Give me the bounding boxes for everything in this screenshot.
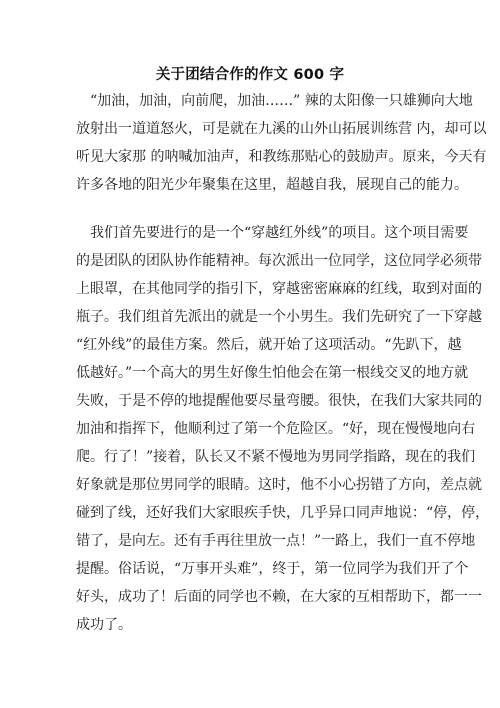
document-page: 关于团结合作的作文 600 字 “加油，加油，向前爬，加油……” 辣的太阳像一只… <box>0 0 500 708</box>
paragraph-line: 失败，于是不停的地提醒他要尽量弯腰。很快，在我们大家共同的 <box>76 391 424 411</box>
paragraph-line: 我们首先要进行的是一个“穿越红外线”的项目。这个项目需要 <box>90 223 424 243</box>
paragraph-line: “红外线”的最佳方案。然后，就开始了这项活动。“先趴下，越 <box>76 335 424 355</box>
document-title: 关于团结合作的作文 600 字 <box>0 64 500 86</box>
paragraph-line: 碰到了线，还好我们大家眼疾手快，几乎异口同声地说：“停，停， <box>76 503 424 523</box>
paragraph-line: 成功了。 <box>76 615 424 635</box>
paragraph-line: 爬。行了！”接着，队长又不紧不慢地为男同学指路，现在的我们 <box>76 447 424 467</box>
paragraph-line: 的是团队的团队协作能精神。每次派出一位同学，这位同学必须带 <box>76 251 424 271</box>
paragraph-line: 好头，成功了！后面的同学也不赖，在大家的互相帮助下，都一一 <box>76 587 424 607</box>
paragraph-line: 好象就是那位男同学的眼睛。这时，他不小心拐错了方向，差点就 <box>76 475 424 495</box>
paragraph-line: “加油，加油，向前爬，加油……” 辣的太阳像一只雄狮向大地 <box>90 91 424 111</box>
paragraph-line: 提醒。俗话说，“万事开头难”，终于，第一位同学为我们开了个 <box>76 559 424 579</box>
paragraph-line: 低越好。”一个高大的男生好像生怕他会在第一根线交叉的地方就 <box>76 363 424 383</box>
paragraph-line: 加油和指挥下，他顺利过了第一个危险区。“好，现在慢慢地向右 <box>76 419 424 439</box>
paragraph-line: 上眼罩，在其他同学的指引下，穿越密密麻麻的红线，取到对面的 <box>76 279 424 299</box>
paragraph-line: 错了，是向左。还有手再往里放一点！”一路上，我们一直不停地 <box>76 531 424 551</box>
paragraph-line: 听见大家那 的呐喊加油声，和教练那贴心的鼓励声。原来，今天有 <box>76 147 424 167</box>
paragraph-line: 放射出一道道怒火，可是就在九溪的山外山拓展训练营 内，却可以 <box>76 119 424 139</box>
paragraph-line: 瓶子。我们组首先派出的就是一个小男生。我们先研究了一下穿越 <box>76 307 424 327</box>
paragraph-line: 许多各地的阳光少年聚集在这里，超越自我，展现自己的能力。 <box>76 175 424 195</box>
